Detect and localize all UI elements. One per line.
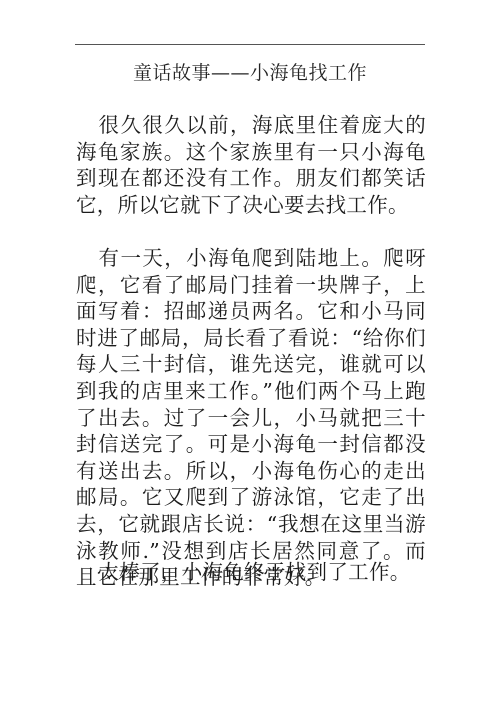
paragraph-3: 太棒了，小海龟终于找到了工作。	[76, 559, 426, 586]
paragraph-1: 很久很久以前，海底里住着庞大的海龟家族。这个家族里有一只小海龟到现在都还没有工作…	[76, 112, 426, 218]
page-title: 童话故事——小海龟找工作	[75, 60, 425, 86]
paragraph-2: 有一天，小海龟爬到陆地上。爬呀爬，它看了邮局门挂着一块牌子，上面写着：招邮递员两…	[76, 245, 426, 591]
header-rule	[75, 44, 425, 45]
